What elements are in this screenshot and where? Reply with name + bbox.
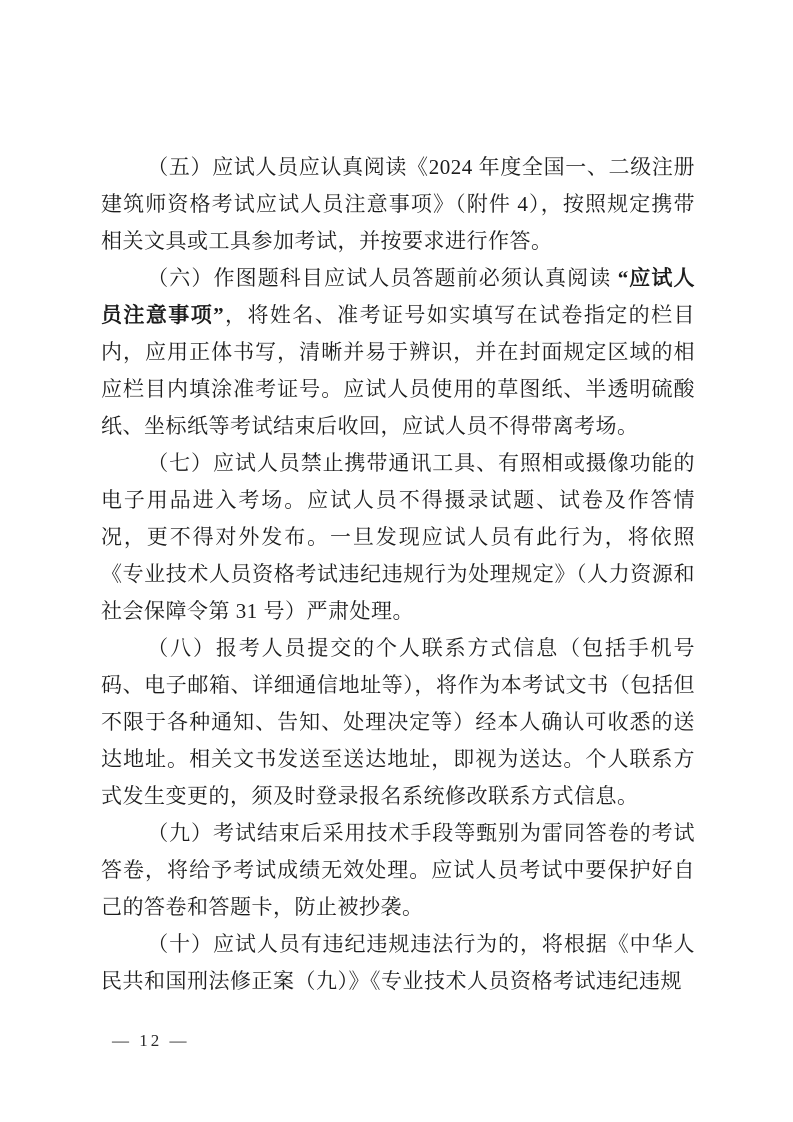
- text-run: （九）考试结束后采用技术手段等甄别为雷同答卷的考试答卷，将给予考试成绩无效处理。…: [101, 821, 695, 919]
- paragraph-item-9: （九）考试结束后采用技术手段等甄别为雷同答卷的考试答卷，将给予考试成绩无效处理。…: [101, 815, 695, 926]
- text-run: （五）应试人员应认真阅读《2024 年度全国一、二级注册建筑师资格考试应试人员注…: [101, 155, 695, 253]
- text-run: （六）作图题科目应试人员答题前必须认真阅读: [147, 266, 618, 290]
- paragraph-item-7: （七）应试人员禁止携带通讯工具、有照相或摄像功能的电子用品进入考场。应试人员不得…: [101, 445, 695, 630]
- document-page: （五）应试人员应认真阅读《2024 年度全国一、二级注册建筑师资格考试应试人员注…: [0, 0, 793, 1122]
- page-number: — 12 —: [112, 1031, 190, 1051]
- text-run: （七）应试人员禁止携带通讯工具、有照相或摄像功能的电子用品进入考场。应试人员不得…: [101, 451, 695, 623]
- paragraph-item-10: （十）应试人员有违纪违规违法行为的，将根据《中华人民共和国刑法修正案（九）》《专…: [101, 926, 695, 1000]
- paragraph-item-5: （五）应试人员应认真阅读《2024 年度全国一、二级注册建筑师资格考试应试人员注…: [101, 149, 695, 260]
- text-run: （十）应试人员有违纪违规违法行为的，将根据《中华人民共和国刑法修正案（九）》《专…: [101, 932, 695, 993]
- text-run: （八）报考人员提交的个人联系方式信息（包括手机号码、电子邮箱、详细通信地址等），…: [101, 636, 695, 808]
- document-body: （五）应试人员应认真阅读《2024 年度全国一、二级注册建筑师资格考试应试人员注…: [101, 149, 695, 1000]
- paragraph-item-8: （八）报考人员提交的个人联系方式信息（包括手机号码、电子邮箱、详细通信地址等），…: [101, 630, 695, 815]
- paragraph-item-6: （六）作图题科目应试人员答题前必须认真阅读 “应试人员注意事项”，将姓名、准考证…: [101, 260, 695, 445]
